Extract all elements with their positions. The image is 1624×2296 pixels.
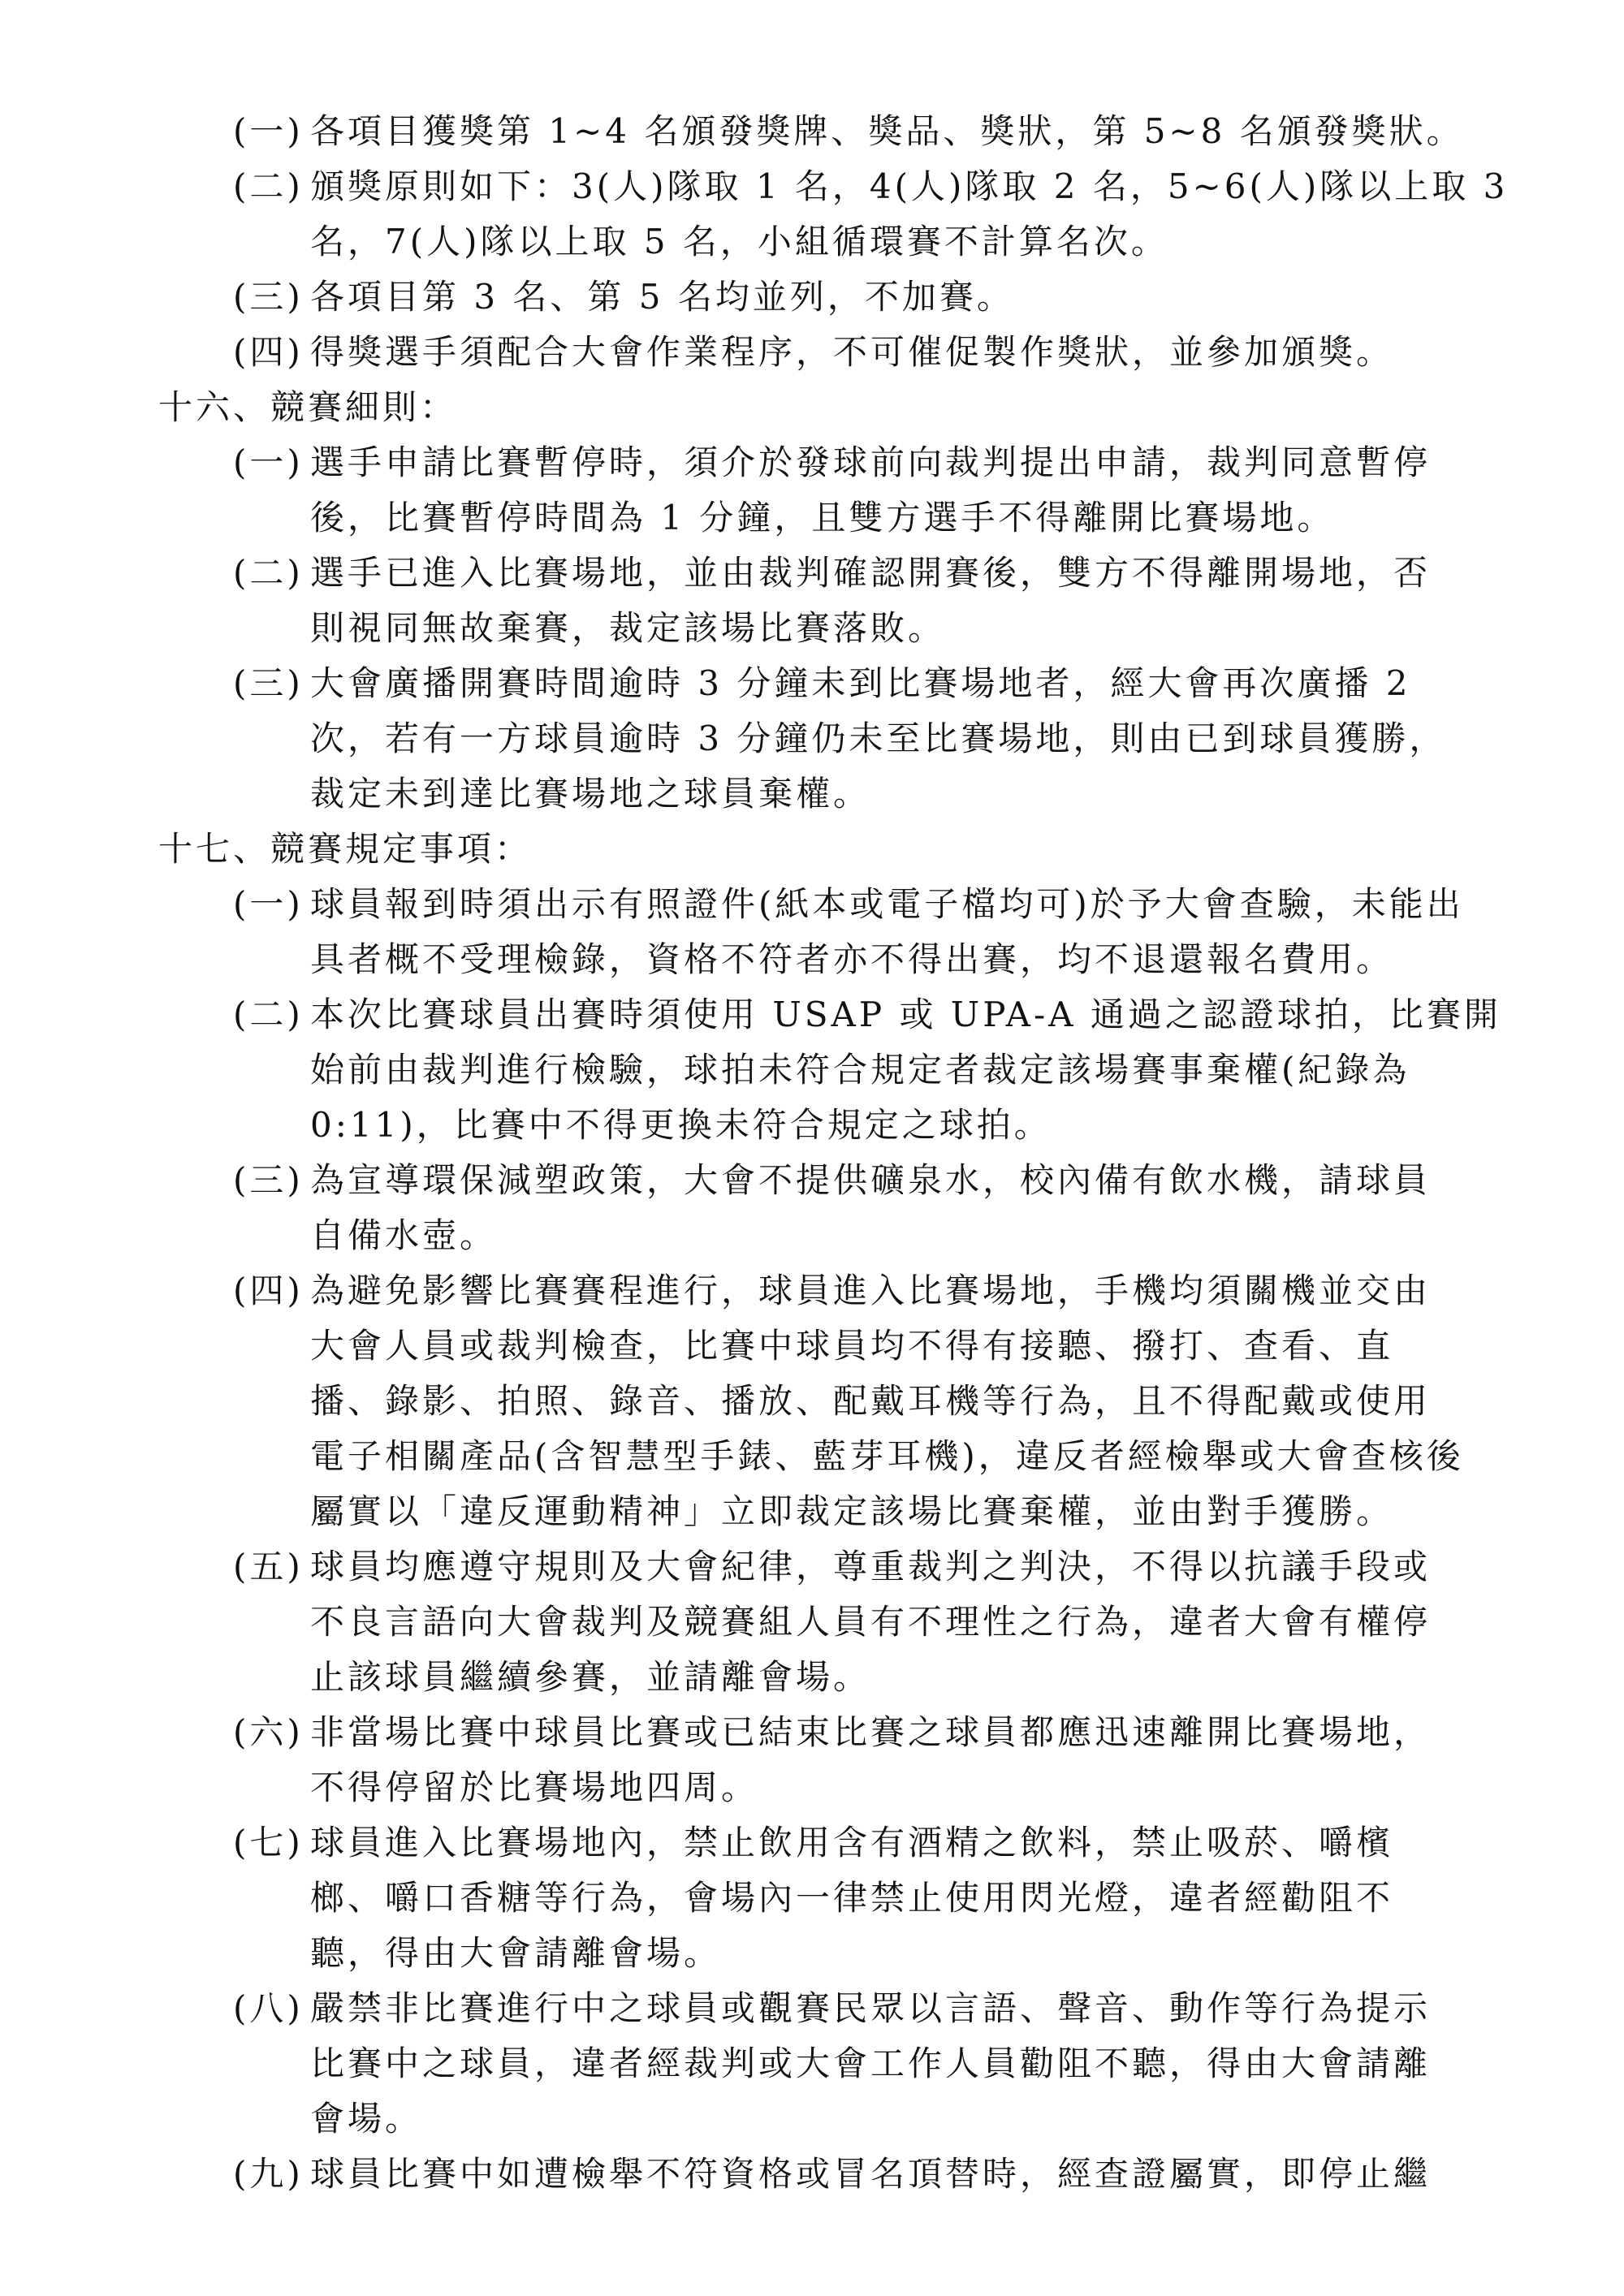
list-item: (二)選手已進入比賽場地，並由裁判確認開賽後，雙方不得離開場地，否 (158, 546, 1498, 601)
item-marker: (二) (233, 159, 304, 214)
item-text: 本次比賽球員出賽時須使用 USAP 或 UPA-A 通過之認證球拍，比賽開 (310, 995, 1501, 1034)
list-item: (三)為宣導環保減塑政策，大會不提供礦泉水，校內備有飲水機，請球員 (158, 1153, 1498, 1208)
item-continuation: 自備水壺。 (158, 1208, 1498, 1263)
item-text: 各項目獲獎第 1~4 名頒發獎牌、獎品、獎狀，第 5~8 名頒發獎狀。 (310, 111, 1464, 151)
item-marker: (二) (233, 987, 304, 1042)
item-continuation: 始前由裁判進行檢驗，球拍未符合規定者裁定該場賽事棄權(紀錄為 (158, 1042, 1498, 1098)
list-item: (四)為避免影響比賽賽程進行，球員進入比賽場地，手機均須關機並交由 (158, 1263, 1498, 1318)
item-continuation: 名，7(人)隊以上取 5 名，小組循環賽不計算名次。 (158, 214, 1498, 270)
item-continuation: 止該球員繼續參賽，並請離會場。 (158, 1650, 1498, 1705)
item-text: 為避免影響比賽賽程進行，球員進入比賽場地，手機均須關機並交由 (310, 1271, 1431, 1310)
item-text: 非當場比賽中球員比賽或已結束比賽之球員都應迅速離開比賽場地， (310, 1712, 1431, 1752)
item-continuation: 屬實以「違反運動精神」立即裁定該場比賽棄權，並由對手獲勝。 (158, 1484, 1498, 1539)
item-marker: (一) (233, 104, 304, 159)
section-heading: 十六、競賽細則： (158, 380, 1498, 435)
item-text: 球員均應遵守規則及大會紀律，尊重裁判之判決，不得以抗議手段或 (310, 1547, 1431, 1586)
item-marker: (七) (233, 1815, 304, 1871)
item-continuation: 0:11)，比賽中不得更換未符合規定之球拍。 (158, 1098, 1498, 1153)
list-item: (四)得獎選手須配合大會作業程序，不可催促製作獎狀，並參加頒獎。 (158, 325, 1498, 380)
item-text: 嚴禁非比賽進行中之球員或觀賽民眾以言語、聲音、動作等行為提示 (310, 1988, 1431, 2028)
item-text: 球員報到時須出示有照證件(紙本或電子檔均可)於予大會查驗，未能出 (310, 884, 1464, 924)
item-continuation: 裁定未到達比賽場地之球員棄權。 (158, 766, 1498, 822)
list-item: (二)本次比賽球員出賽時須使用 USAP 或 UPA-A 通過之認證球拍，比賽開 (158, 987, 1498, 1042)
item-marker: (五) (233, 1539, 304, 1595)
item-marker: (四) (233, 1263, 304, 1318)
item-text: 球員進入比賽場地內，禁止飲用含有酒精之飲料，禁止吸菸、嚼檳 (310, 1823, 1393, 1862)
item-text: 大會廣播開賽時間逾時 3 分鐘未到比賽場地者，經大會再次廣播 2 (310, 663, 1411, 703)
item-marker: (三) (233, 270, 304, 325)
item-continuation: 會場。 (158, 2091, 1498, 2147)
item-continuation: 不得停留於比賽場地四周。 (158, 1760, 1498, 1815)
list-item: (三)各項目第 3 名、第 5 名均並列，不加賽。 (158, 270, 1498, 325)
item-continuation: 次，若有一方球員逾時 3 分鐘仍未至比賽場地，則由已到球員獲勝， (158, 711, 1498, 766)
item-text: 選手申請比賽暫停時，須介於發球前向裁判提出申請，裁判同意暫停 (310, 442, 1431, 482)
item-text: 為宣導環保減塑政策，大會不提供礦泉水，校內備有飲水機，請球員 (310, 1160, 1431, 1200)
item-text: 球員比賽中如遭檢舉不符資格或冒名頂替時，經查證屬實，即停止繼 (310, 2154, 1431, 2194)
document-page: (一)各項目獲獎第 1~4 名頒發獎牌、獎品、獎狀，第 5~8 名頒發獎狀。(二… (0, 0, 1624, 2296)
item-marker: (六) (233, 1705, 304, 1760)
item-marker: (八) (233, 1981, 304, 2036)
item-continuation: 榔、嚼口香糖等行為，會場內一律禁止使用閃光燈，違者經勸阻不 (158, 1871, 1498, 1926)
list-item: (九)球員比賽中如遭檢舉不符資格或冒名頂替時，經查證屬實，即停止繼 (158, 2147, 1498, 2202)
item-continuation: 具者概不受理檢錄，資格不符者亦不得出賽，均不退還報名費用。 (158, 932, 1498, 987)
list-item: (一)各項目獲獎第 1~4 名頒發獎牌、獎品、獎狀，第 5~8 名頒發獎狀。 (158, 104, 1498, 159)
item-marker: (一) (233, 877, 304, 932)
item-continuation: 後，比賽暫停時間為 1 分鐘，且雙方選手不得離開比賽場地。 (158, 490, 1498, 546)
item-marker: (四) (233, 325, 304, 380)
item-marker: (三) (233, 656, 304, 711)
list-item: (三)大會廣播開賽時間逾時 3 分鐘未到比賽場地者，經大會再次廣播 2 (158, 656, 1498, 711)
item-text: 得獎選手須配合大會作業程序，不可催促製作獎狀，並參加頒獎。 (310, 332, 1393, 372)
item-marker: (一) (233, 435, 304, 490)
list-item: (一)選手申請比賽暫停時，須介於發球前向裁判提出申請，裁判同意暫停 (158, 435, 1498, 490)
item-text: 頒獎原則如下：3(人)隊取 1 名，4(人)隊取 2 名，5~6(人)隊以上取 … (310, 166, 1508, 206)
item-text: 各項目第 3 名、第 5 名均並列，不加賽。 (310, 277, 1014, 317)
item-marker: (九) (233, 2147, 304, 2202)
list-item: (二)頒獎原則如下：3(人)隊取 1 名，4(人)隊取 2 名，5~6(人)隊以… (158, 159, 1498, 214)
document-body: (一)各項目獲獎第 1~4 名頒發獎牌、獎品、獎狀，第 5~8 名頒發獎狀。(二… (158, 104, 1498, 2202)
item-text: 選手已進入比賽場地，並由裁判確認開賽後，雙方不得離開場地，否 (310, 553, 1431, 593)
list-item: (八)嚴禁非比賽進行中之球員或觀賽民眾以言語、聲音、動作等行為提示 (158, 1981, 1498, 2036)
item-continuation: 播、錄影、拍照、錄音、播放、配戴耳機等行為，且不得配戴或使用 (158, 1374, 1498, 1429)
list-item: (七)球員進入比賽場地內，禁止飲用含有酒精之飲料，禁止吸菸、嚼檳 (158, 1815, 1498, 1871)
item-continuation: 不良言語向大會裁判及競賽組人員有不理性之行為，違者大會有權停 (158, 1595, 1498, 1650)
item-continuation: 比賽中之球員，違者經裁判或大會工作人員勸阻不聽，得由大會請離 (158, 2036, 1498, 2091)
item-continuation: 聽，得由大會請離會場。 (158, 1926, 1498, 1981)
item-marker: (二) (233, 546, 304, 601)
item-marker: (三) (233, 1153, 304, 1208)
item-continuation: 大會人員或裁判檢查，比賽中球員均不得有接聽、撥打、查看、直 (158, 1318, 1498, 1374)
section-heading: 十七、競賽規定事項： (158, 822, 1498, 877)
item-continuation: 電子相關產品(含智慧型手錶、藍芽耳機)，違反者經檢舉或大會查核後 (158, 1429, 1498, 1484)
item-continuation: 則視同無故棄賽，裁定該場比賽落敗。 (158, 601, 1498, 656)
list-item: (一)球員報到時須出示有照證件(紙本或電子檔均可)於予大會查驗，未能出 (158, 877, 1498, 932)
list-item: (六)非當場比賽中球員比賽或已結束比賽之球員都應迅速離開比賽場地， (158, 1705, 1498, 1760)
list-item: (五)球員均應遵守規則及大會紀律，尊重裁判之判決，不得以抗議手段或 (158, 1539, 1498, 1595)
